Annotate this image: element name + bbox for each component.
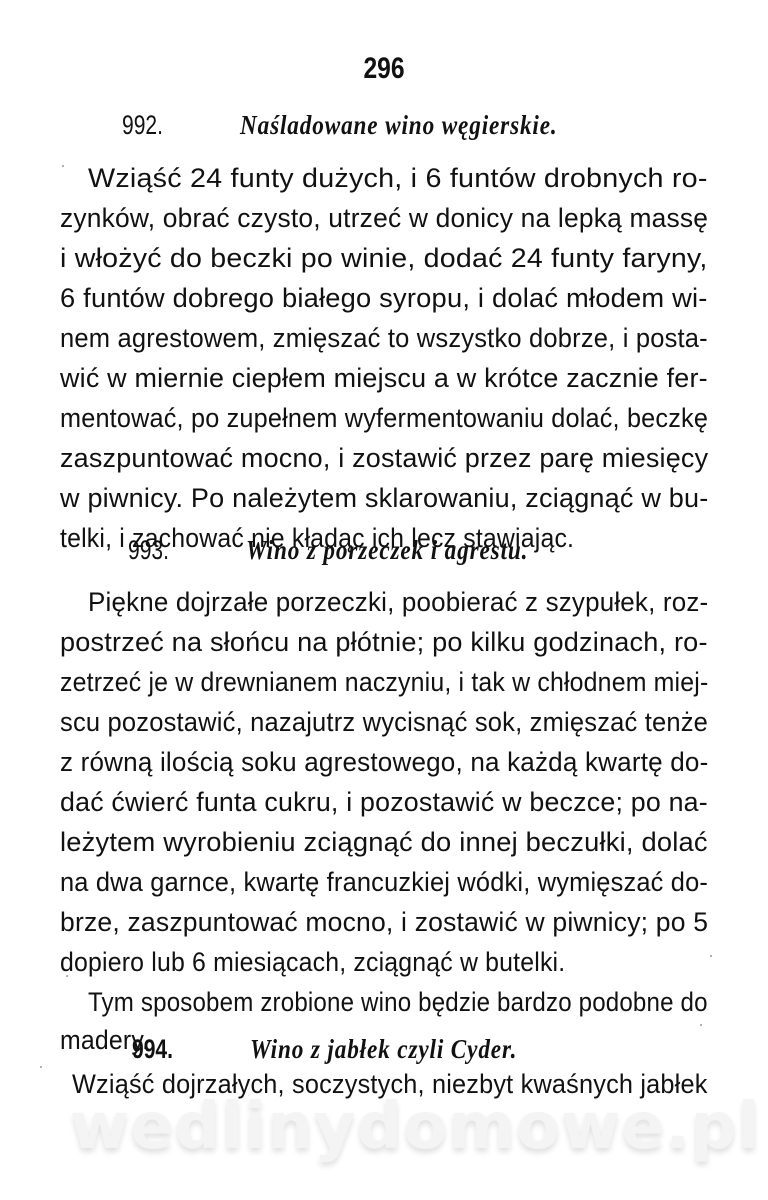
text-line: nem agrestowem, zmięszać to wszystko dob… bbox=[60, 318, 708, 358]
recipe-heading-993: 993. Wino z porzeczek i agrestu. bbox=[0, 535, 768, 571]
watermark: wedlinydomowe.pl bbox=[70, 1090, 710, 1164]
recipe-title: Wino z porzeczek i agrestu. bbox=[246, 535, 528, 566]
text-line: na dwa garnce, kwartę francuzkiej wódki,… bbox=[60, 862, 708, 902]
recipe-heading-992: 992. Naśladowane wino węgierskie. bbox=[0, 110, 768, 146]
text-line: zaszpuntować mocno, i zostawić przez par… bbox=[60, 438, 708, 478]
recipe-number: 992. bbox=[122, 110, 163, 141]
text-line: leżytem wyrobieniu zciągnąć do innej bec… bbox=[60, 822, 708, 862]
text-line: i włożyć do beczki po winie, dodać 24 fu… bbox=[60, 238, 708, 278]
scan-speck bbox=[40, 1066, 42, 1068]
text-line: brze, zaszpuntować mocno, i zostawić w p… bbox=[60, 902, 708, 942]
text-line: 6 funtów dobrego białego syropu, i dolać… bbox=[60, 278, 708, 318]
text-line: z równą ilością soku agrestowego, na każ… bbox=[60, 742, 708, 782]
text-line: wić w miernie ciepłem miejscu a w krótce… bbox=[60, 358, 708, 398]
text-line: zynków, obrać czysto, utrzeć w donicy na… bbox=[60, 198, 708, 238]
text-line: w piwnicy. Po należytem sklarowaniu, zci… bbox=[60, 478, 708, 518]
recipe-number: 994. bbox=[132, 1034, 173, 1065]
scan-speck bbox=[62, 165, 64, 167]
text-line: scu pozostawić, nazajutrz wycisnąć sok, … bbox=[60, 702, 708, 742]
text-line: zetrzeć je w drewnianem naczyniu, i tak … bbox=[60, 662, 708, 702]
recipe-title: Naśladowane wino węgierskie. bbox=[240, 110, 558, 141]
scan-speck bbox=[710, 955, 712, 957]
note-line: Tym sposobem zrobione wino będzie bardzo… bbox=[88, 982, 708, 1022]
text-line: dać ćwierć funta cukru, i pozostawić w b… bbox=[60, 782, 708, 822]
text-line: dopiero lub 6 miesiącach, zciągnąć w but… bbox=[60, 942, 708, 982]
recipe-title: Wino z jabłek czyli Cyder. bbox=[250, 1034, 517, 1065]
text-line: Wziąść 24 funty dużych, i 6 funtów drobn… bbox=[88, 158, 708, 198]
scanned-book-page: 296 992. Naśladowane wino węgierskie. Wz… bbox=[0, 0, 768, 1200]
page-number: 296 bbox=[69, 52, 699, 86]
text-line: mentować, po zupełnem wyfermentowaniu do… bbox=[60, 398, 708, 438]
scan-speck bbox=[700, 1024, 702, 1026]
text-line: postrzeć na słońcu na płótnie; po kilku … bbox=[60, 622, 708, 662]
scan-speck bbox=[66, 975, 68, 977]
text-line: Piękne dojrzałe porzeczki, poobierać z s… bbox=[88, 582, 708, 622]
recipe-number: 993. bbox=[128, 535, 169, 566]
